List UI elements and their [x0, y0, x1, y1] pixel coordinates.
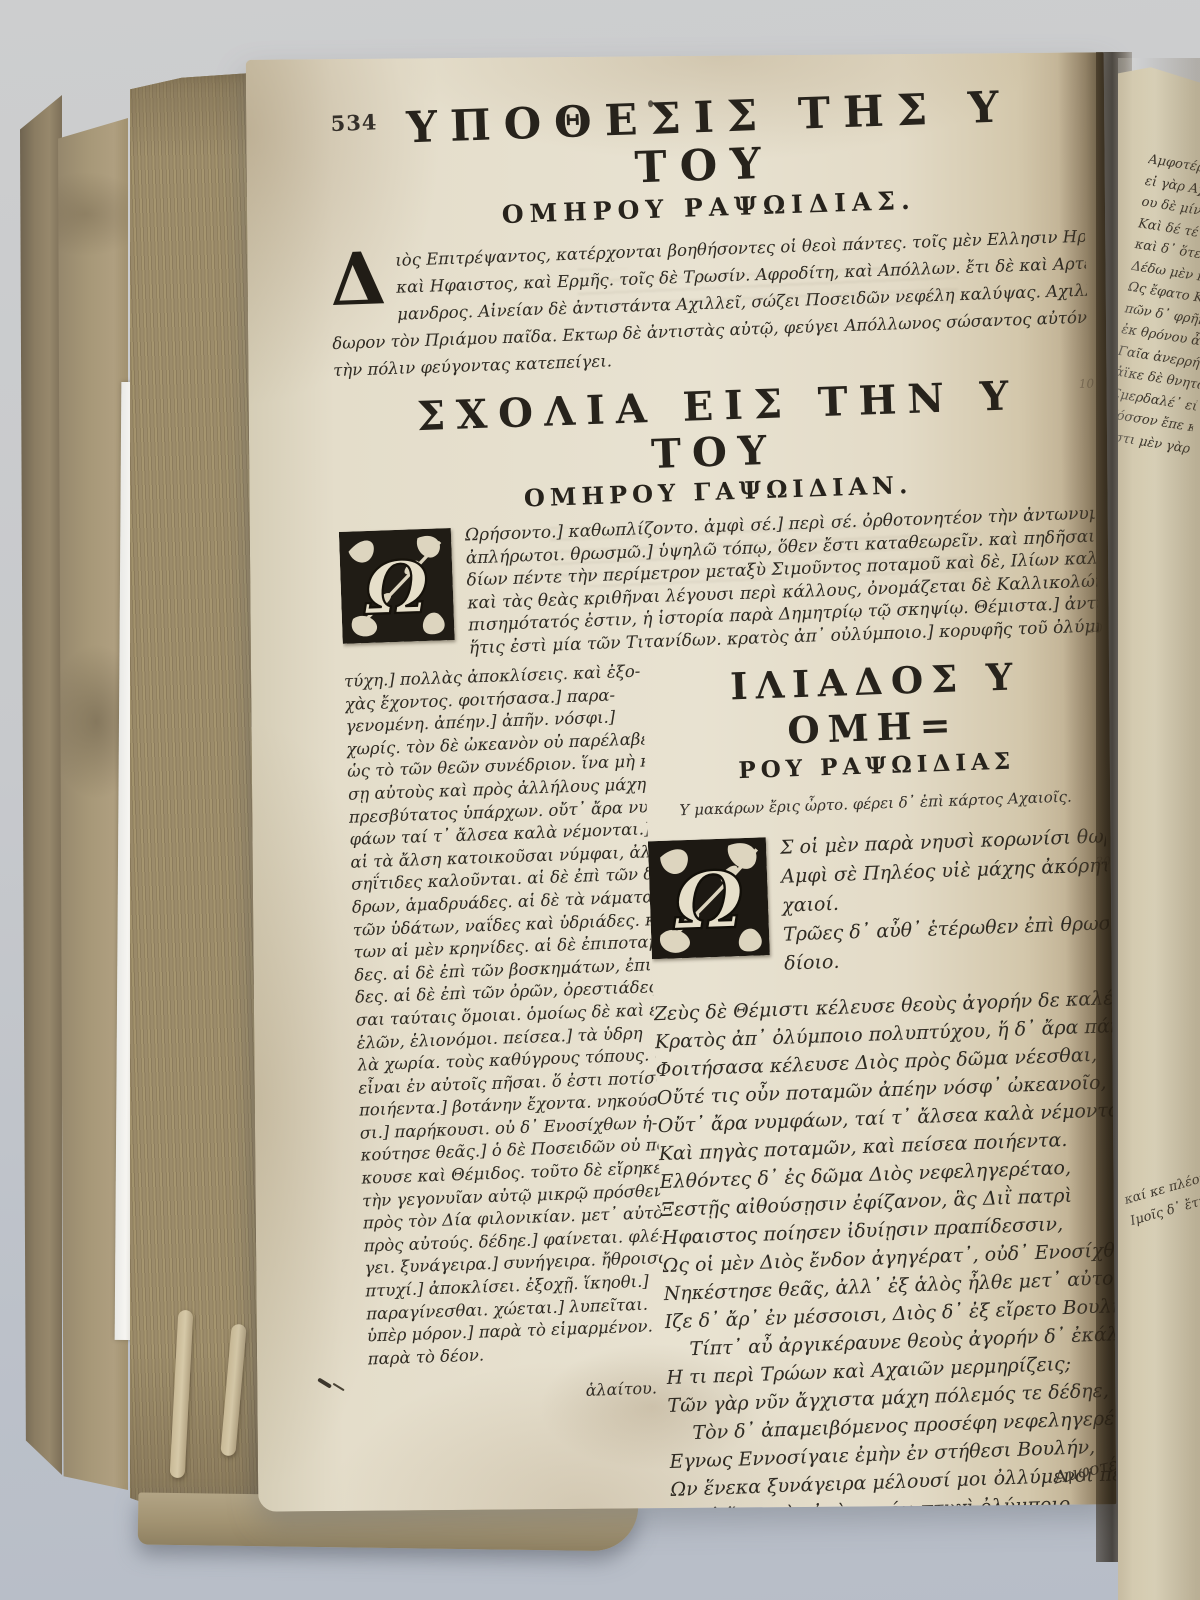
fore-edge-text-block: [130, 72, 266, 1524]
facing-page: Αμφοτέροισι δ᾽ ἀεἰ γὰρ Αχιλλεὺςου δὲ μίν…: [1118, 58, 1200, 1600]
woodcut-initial-omega: Ω: [648, 837, 770, 959]
svg-text:Ω: Ω: [361, 545, 430, 631]
iliad-verse-block: Ζεὺς δὲ Θέμιστι κέλευσε θεοὺς ἀγορήν δε …: [653, 984, 1116, 1511]
iliad-text-column: ΙΛΙΑΔΟΣ Υ ΟΜΗ= ΡΟΥ ΡΑΨΩΙΔΙΑΣ Υ μακάρων ἔ…: [642, 644, 1117, 1511]
svg-text:Ω: Ω: [671, 855, 745, 948]
sewing-cord: [170, 1310, 194, 1479]
sewing-cord: [220, 1324, 246, 1457]
page-content: 534 ΥΠΟΘΕΣΙΣ ΤΗΣ Υ ΤΟΥ ΟΜΗΡΟΥ ΡΑΨΩΙΔΙΑΣ.…: [324, 77, 1116, 1503]
margin-line-number: 10: [1079, 377, 1095, 392]
book-argument-line: Υ μακάρων ἔρις ὦρτο. φέρει δ᾽ ἐπὶ κάρτος…: [646, 782, 1105, 824]
iliad-opening: Ω Σ οἱ μὲν παρὰ νηυσὶ κορωνίσι θωρήσσοντ…: [648, 822, 1111, 983]
iliad-title-line1: ΙΛΙΑΔΟΣ Υ ΟΜΗ=: [642, 650, 1103, 758]
page-number: 534: [330, 109, 378, 136]
photo-background: 534 ΥΠΟΘΕΣΙΣ ΤΗΣ Υ ΤΟΥ ΟΜΗΡΟΥ ΡΑΨΩΙΔΙΑΣ.…: [0, 0, 1200, 1600]
ink-speck: [317, 1377, 332, 1388]
woodcut-initial-omega: Ω: [339, 528, 455, 644]
hypothesis-paragraph: Δ ιὸς Επιτρέψαντος, κατέρχονται βοηθήσον…: [329, 223, 1089, 384]
book-cover-edge: [20, 95, 62, 1475]
scholia-left-column: τύχη.] πολλὰς ἀποκλίσεις. καὶ ἐξο-χὰς ἔχ…: [344, 660, 674, 1511]
facing-text-upper: Αμφοτέροισι δ᾽ ἀεἰ γὰρ Αχιλλεὺςου δὲ μίν…: [1118, 149, 1200, 460]
main-page: 534 ΥΠΟΘΕΣΙΣ ΤΗΣ Υ ΤΟΥ ΟΜΗΡΟΥ ΡΑΨΩΙΔΙΑΣ.…: [246, 52, 1117, 1511]
drop-cap-delta: Δ: [329, 247, 397, 309]
scholia-colophon: ἁλαίτου.: [369, 1378, 667, 1407]
facing-text-lower: καί κε πλέον τ᾽ ΕιλύωνΙμοῖς δ᾽ ἔτι Αρκαδ…: [1122, 1167, 1200, 1232]
scholia-intro: Ω Ωρήσοντο.] καθωπλίζοντο. ἀμφὶ σέ.] περ…: [339, 503, 1099, 664]
two-column-area: τύχη.] πολλὰς ἀποκλίσεις. καὶ ἐξο-χὰς ἔχ…: [344, 644, 1117, 1511]
